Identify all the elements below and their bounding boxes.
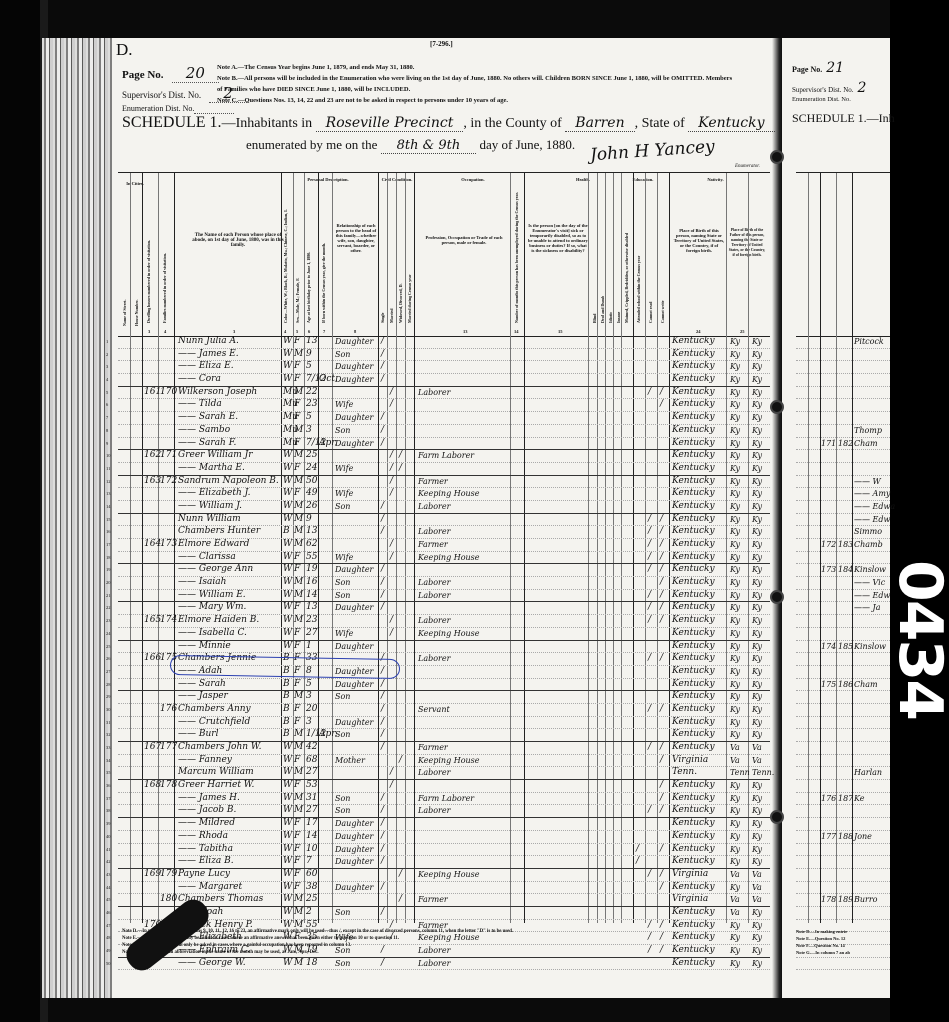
sex: M [294,514,303,526]
color: W [283,539,292,551]
row-number: 26 [106,653,111,665]
mother-birthplace: Ky [752,844,762,856]
person-name: —— Rhoda [178,831,228,843]
right-footnotes: Note D.—In making entrie Note E.—Questio… [796,928,850,956]
single-mark: / [381,691,384,703]
person-name: —— Elizabeth J. [178,488,250,500]
father-birthplace: Ky [730,818,740,830]
col-number: 7 [323,329,325,334]
sex: M [294,793,303,805]
sex: F [294,869,300,881]
person-name: Kinslow [854,641,886,653]
sex: M [294,767,303,779]
relationship: Wife [335,463,353,475]
person-name: Chambers Anny [178,704,251,716]
row-number: 8 [106,425,108,437]
birthplace: Kentucky [672,691,715,703]
cannot-read-mark: / [648,805,651,817]
sex: F [294,438,300,450]
header-notes: Note A.—The Census Year begins June 1, 1… [217,62,737,106]
birthplace: Kentucky [672,336,715,348]
right-table-row: Thomp [796,425,890,438]
family-number: 177 [160,742,177,754]
cannot-read-mark: / [648,869,651,881]
single-mark: / [381,361,384,373]
sex: M [294,349,303,361]
birthplace: Kentucky [672,666,715,678]
sex: F [294,755,300,767]
right-page-number-label: Page No. [792,65,822,74]
birthplace: Kentucky [672,501,715,513]
person-name: Payne Lucy [178,869,230,881]
dwelling-number: 164 [144,539,161,551]
mother-birthplace: Ky [752,805,762,817]
dwelling-number: 177 [821,831,836,843]
note-c: Note C.—Questions Nos. 13, 14, 22 and 23… [217,95,737,106]
col-sex: Sex—Male, M.; Female, F. [295,203,300,323]
age: 9 [306,349,312,361]
relationship: Wife [335,488,353,500]
sex: F [294,679,300,691]
mother-birthplace: Ky [752,336,762,348]
color: W [283,742,292,754]
person-name: Marcum William [178,767,254,779]
right-table-row: 173184Kinslow [796,564,890,577]
age: 14 [306,831,317,843]
row-number: 13 [106,488,111,500]
col-sick: Is the person [on the day of the Enumera… [528,223,588,253]
father-birthplace: Ky [730,717,740,729]
table-row: 8—— SamboMuM3Son/KentuckyKyKy [118,425,770,438]
family-number: 176 [160,704,177,716]
table-header: In Cities. Personal Description. Civil C… [118,173,770,337]
census-table: In Cities. Personal Description. Civil C… [118,172,770,923]
cannot-write-mark: / [660,615,663,627]
right-table-row: —— Edw [796,590,890,603]
father-birthplace: Ky [730,590,740,602]
relationship: Daughter [335,361,373,373]
person-name: —— Fanney [178,755,232,767]
col-age: Age at last birthday prior to June 1, 18… [306,193,311,323]
group-nativity: Nativity. [663,177,768,182]
father-birthplace: Ky [730,805,740,817]
person-name: —— Mildred [178,818,235,830]
cannot-write-mark: / [660,602,663,614]
married-mark: / [390,488,393,500]
relationship: Wife [335,628,353,640]
col-married-year: Married during Census year [407,223,412,323]
age: 26 [306,501,317,513]
right-table-row [796,704,890,717]
table-row: 33167177Chambers John W.WM42/Farmer//Ken… [118,742,770,755]
row-number: 43 [106,869,111,881]
person-name: Elmore Edward [178,539,249,551]
table-row: 30176Chambers AnnyBF20/Servant//Kentucky… [118,704,770,717]
enumerated-suffix: day of June, 1880. [479,137,575,152]
right-note-d: Note D.—In making entrie [796,928,850,935]
cannot-write-mark: / [660,793,663,805]
birthplace: Kentucky [672,628,715,640]
single-mark: / [381,907,384,919]
table-row: 21—— William E.WM14Son/Laborer//Kentucky… [118,590,770,603]
right-census-table: PitcockThomp171182Cham—— W—— Amy—— Edwa—… [796,172,890,923]
mother-birthplace: Ky [752,831,762,843]
age: 27 [306,767,317,779]
table-row: 11—— Martha E.WF24Wife//KentuckyKyKy [118,463,770,476]
table-row: 40—— RhodaWF14Daughter/KentuckyKyKy [118,831,770,844]
person-name: —— Tabitha [178,844,233,856]
col-family: Families numbered in order of visitation… [162,193,167,323]
row-number: 46 [106,907,111,919]
right-table-row [796,856,890,869]
birthplace: Kentucky [672,717,715,729]
family-number: 170 [160,387,177,399]
age: 53 [306,780,317,792]
married-mark: / [390,387,393,399]
single-mark: / [381,564,384,576]
person-name: Wilkerson Joseph [178,387,257,399]
row-number: 17 [106,539,111,551]
single-mark: / [381,793,384,805]
right-table-row [796,349,890,362]
row-number: 35 [106,767,111,779]
right-table-row [796,755,890,768]
cannot-read-mark: / [648,590,651,602]
person-name: Cham [854,679,878,691]
binding-ring-icon [770,810,784,824]
note-d: Note D.—In making entries in columns 9, … [122,928,762,935]
sex: F [294,412,300,424]
mother-birthplace: Ky [752,361,762,373]
table-row: 3—— Eliza E.WF5Daughter/KentuckyKyKy [118,361,770,374]
color: W [283,805,292,817]
col-number: 5 [296,329,298,334]
row-number: 31 [106,717,111,729]
col-widowed: Widowed, Divorced, D. [398,253,403,323]
locality-value: Roseville Precinct [316,115,464,132]
color: B [283,704,290,716]
father-birthplace: Tenn [730,767,750,779]
single-mark: / [381,577,384,589]
age: 50 [306,476,317,488]
table-row: 42—— Eliza B.WF7Daughter//KentuckyKyKy [118,856,770,869]
relationship: Son [335,793,350,805]
mother-birthplace: Ky [752,514,762,526]
sex: F [294,374,300,386]
row-number: 49 [106,945,111,957]
father-birthplace: Ky [730,501,740,513]
occupation: Laborer [418,615,450,627]
color: W [283,336,292,348]
single-mark: / [381,336,384,348]
father-birthplace: Ky [730,463,740,475]
father-birthplace: Ky [730,374,740,386]
age: 25 [306,450,317,462]
right-table-row [796,615,890,628]
birthplace: Kentucky [672,679,715,691]
married-mark: / [390,552,393,564]
col-number: 14 [514,329,519,334]
sex: F [294,704,300,716]
color: W [283,590,292,602]
mother-birthplace: Ky [752,476,762,488]
table-row: 20—— IsaiahWM16Son/Laborer/KentuckyKyKy [118,577,770,590]
enumerator-label: Enumerator. [735,164,760,169]
person-name: —— Isabella C. [178,628,247,640]
color: W [283,767,292,779]
birthplace: Kentucky [672,577,715,589]
relationship: Son [335,907,350,919]
cannot-write-mark: / [660,780,663,792]
person-name: Jone [854,831,872,843]
col-number: 3 [233,329,235,334]
col-number: 13 [463,329,468,334]
right-table-row [796,412,890,425]
table-row: 15Nunn WilliamWM9///KentuckyKyKy [118,514,770,527]
row-number: 41 [106,844,111,856]
cannot-write-mark: / [660,387,663,399]
age: 23 [306,615,317,627]
mother-birthplace: Ky [752,729,762,741]
dwelling-number: 169 [144,869,161,881]
age: 42 [306,742,317,754]
county-value: Barren [565,115,634,132]
age: 13 [306,526,317,538]
age: 38 [306,882,317,894]
dwelling-number: 178 [821,894,836,906]
sex: M [294,590,303,602]
sex: F [294,399,300,411]
color: W [283,564,292,576]
single-mark: / [381,501,384,513]
person-name: —— Sambo [178,425,230,437]
family-number: 189 [838,894,853,906]
birthplace: Kentucky [672,514,715,526]
table-row: 12163172Sandrum Napoleon B.WM50/FarmerKe… [118,476,770,489]
col-street: Name of Street. [122,258,127,326]
person-name: —— Sarah F. [178,438,236,450]
col-married: Married [389,283,394,323]
sex: M [294,476,303,488]
table-row: 9—— Sarah F.MuF7/12Apr.Daughter/Kentucky… [118,438,770,451]
table-row: 5161170Wilkerson JosephMuM22/Laborer//Ke… [118,387,770,400]
enumerated-prefix: enumerated by me on the [246,137,377,152]
census-rows: 1Nunn Julia A.WF13Daughter/KentuckyKyKy2… [118,336,770,970]
mother-birthplace: Va [752,869,762,881]
father-birthplace: Va [730,869,740,881]
mother-birthplace: Va [752,742,762,754]
right-table-row [796,463,890,476]
mother-birthplace: Ky [752,717,762,729]
color: W [283,780,292,792]
row-number: 36 [106,780,111,792]
cannot-write-mark: / [660,526,663,538]
right-table-row: 171182Cham [796,438,890,451]
married-mark: / [390,463,393,475]
occupation: Laborer [418,653,450,665]
single-mark: / [381,374,384,386]
birthplace: Kentucky [672,361,715,373]
birthplace: Kentucky [672,831,715,843]
mother-birthplace: Ky [752,666,762,678]
row-number: 16 [106,526,111,538]
color: W [283,577,292,589]
color: W [283,894,292,906]
occupation: Servant [418,704,450,716]
table-row: 38—— Jacob B.WM27Son/Laborer//KentuckyKy… [118,805,770,818]
father-birthplace: Va [730,742,740,754]
note-g: Note G.—In column 7 an abbreviation in t… [122,949,762,956]
row-number: 23 [106,615,111,627]
married-mark: / [390,476,393,488]
father-birthplace: Ky [730,882,740,894]
cannot-read-mark: / [648,615,651,627]
table-row: 4—— CoraWF7/12Oct.Daughter/KentuckyKyKy [118,374,770,387]
person-name: Harlan [854,767,882,779]
sex: F [294,336,300,348]
sex: M [294,805,303,817]
row-number: 32 [106,729,111,741]
row-number: 15 [106,514,111,526]
mother-birthplace: Va [752,882,762,894]
occupation: Laborer [418,805,450,817]
father-birthplace: Ky [730,615,740,627]
person-name: —— William J. [178,501,242,513]
row-number: 40 [106,831,111,843]
sex: F [294,641,300,653]
sex: F [294,361,300,373]
father-birthplace: Ky [730,628,740,640]
father-birthplace: Ky [730,514,740,526]
right-table-row: Harlan [796,767,890,780]
occupation: Laborer [418,387,450,399]
cannot-write-mark: / [660,539,663,551]
birthplace: Kentucky [672,564,715,576]
table-row: 19—— George AnnWF19Daughter///KentuckyKy… [118,564,770,577]
right-table-row: —— Vic [796,577,890,590]
col-number: 6 [308,329,310,334]
table-row: 41—— TabithaWF10Daughter///KentuckyKyKy [118,844,770,857]
right-supervisor: Supervisor's Dist. No.2 [792,80,866,96]
birthplace: Kentucky [672,780,715,792]
color: W [283,869,292,881]
color: W [283,488,292,500]
mother-birthplace: Ky [752,907,762,919]
row-number: 38 [106,805,111,817]
enumeration-label: Enumeration Dist. No. [122,104,194,113]
note-e: Note E.—Question No. 14 will only be ask… [122,935,762,942]
dwelling-number: 175 [821,679,836,691]
occupation: Farm Laborer [418,793,474,805]
school-mark: / [636,844,639,856]
relationship: Daughter [335,412,373,424]
row-number: 39 [106,818,111,830]
father-birthplace: Ky [730,856,740,868]
occupation: Farmer [418,539,448,551]
single-mark: / [381,438,384,450]
person-name: Elmore Haiden B. [178,615,259,627]
table-row: 29—— JasperBM3Son/KentuckyKyKy [118,691,770,704]
row-number: 2 [106,349,108,361]
color: W [283,476,292,488]
birthplace: Kentucky [672,412,715,424]
cannot-write-mark: / [660,805,663,817]
col-number: 3 [148,329,150,334]
father-birthplace: Ky [730,653,740,665]
right-schedule-line: SCHEDULE 1.—Inh [792,111,895,126]
single-mark: / [381,425,384,437]
right-table-row: 176187Ke [796,793,890,806]
col-single: Single [380,283,385,323]
right-table-row [796,387,890,400]
county-label: , in the County of [463,116,561,131]
birthplace: Kentucky [672,526,715,538]
person-name: —— Cora [178,374,221,386]
relationship: Son [335,577,350,589]
table-row: 50—— George W.WM18Son/LaborerKentuckyKyK… [118,958,770,971]
relationship: Son [335,501,350,513]
right-table-row: 174185Kinslow [796,641,890,654]
group-in-cities: In Cities. [120,181,150,186]
father-birthplace: Ky [730,831,740,843]
table-row: 24—— Isabella C.WF27Wife/Keeping HouseKe… [118,628,770,641]
sex: F [294,552,300,564]
occupation: Laborer [418,958,450,970]
row-number: 10 [106,450,111,462]
sex: M [294,958,303,970]
mother-birthplace: Ky [752,628,762,640]
birthplace: Kentucky [672,958,715,970]
group-occupation: Occupation. [418,177,528,182]
sex: M [294,742,303,754]
family-number: 186 [838,679,853,691]
col-name: The Name of each Person whose place of a… [188,233,288,248]
person-name: Pitcock [854,336,884,348]
right-table-header [796,173,890,337]
relationship: Daughter [335,564,373,576]
cannot-write-mark: / [660,755,663,767]
col-number: 24 [696,329,701,334]
age: 18 [306,958,317,970]
row-number: 50 [106,958,111,970]
person-name: —— Edw [854,514,890,526]
person-name: —— Amy [854,488,890,500]
age: 3 [306,691,312,703]
row-number: 27 [106,666,111,678]
age: 62 [306,539,317,551]
person-name: Kinslow [854,564,886,576]
married-mark: / [390,399,393,411]
age: 13 [306,602,317,614]
birthplace: Kentucky [672,653,715,665]
table-row: 18—— ClarissaWF55Wife/Keeping House//Ken… [118,552,770,565]
row-number: 30 [106,704,111,716]
occupation: Keeping House [418,488,480,500]
person-name: —— Crutchfield [178,717,250,729]
group-personal: Personal Description. [298,177,358,182]
person-name: —— W [854,476,881,488]
col-dwelling: Dwelling houses numbered in order of vis… [146,193,151,323]
color: W [283,958,292,970]
age: 3 [306,425,312,437]
color: W [283,831,292,843]
family-number: 188 [838,831,853,843]
person-name: —— Mary Wm. [178,602,246,614]
color: B [283,691,290,703]
occupation: Laborer [418,526,450,538]
color: W [283,361,292,373]
age: 20 [306,704,317,716]
